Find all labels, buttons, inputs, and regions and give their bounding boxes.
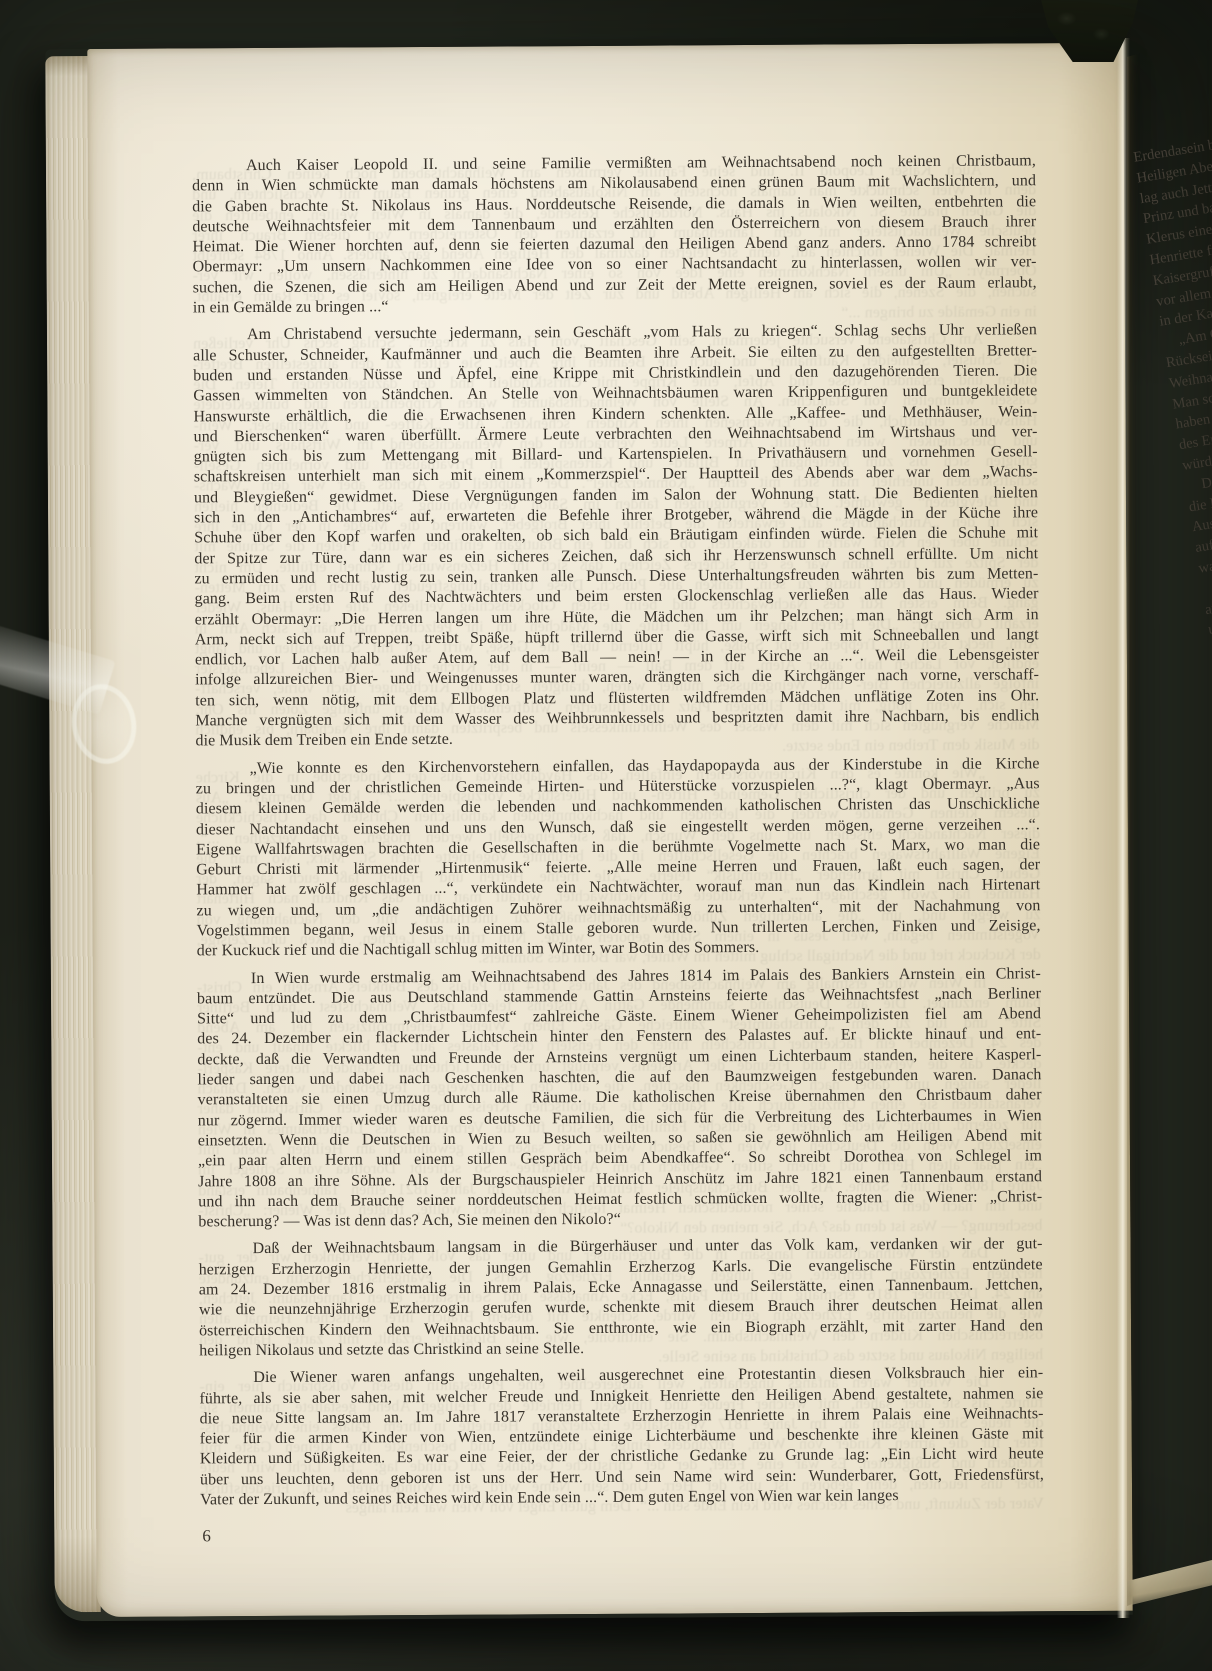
- paragraph: Auch Kaiser Leopold II. und seine Famili…: [192, 151, 1037, 319]
- book-gutter: [1117, 38, 1130, 1618]
- page-number: 6: [202, 1526, 211, 1546]
- text-line: heiligen Nikolaus und setzte das Christk…: [199, 1336, 1043, 1361]
- adjacent-page-text: Erdendasein beschieden.Heiligen Abend ei…: [1132, 104, 1212, 1503]
- text-line: bescherung? — Was ist denn das? Ach, Sie…: [198, 1207, 1042, 1232]
- paragraph: In Wien wurde erstmalig am Weihnachtsabe…: [197, 964, 1043, 1233]
- text-line: die Musik dem Treiben ein Ende setzte.: [195, 727, 1039, 752]
- adjacent-page: Erdendasein beschieden.Heiligen Abend ei…: [1127, 30, 1212, 1614]
- left-page: Auch Kaiser Leopold II. und seine Famili…: [45, 43, 1133, 1622]
- paragraph: Die Wiener waren anfangs ungehalten, wei…: [199, 1363, 1044, 1510]
- text-line: in ein Gemälde zu bringen ...“: [193, 293, 1037, 318]
- paragraph: Am Christabend versuchte jedermann, sein…: [193, 321, 1040, 752]
- paragraph: „Wie konnte es den Kirchenvorstehern ein…: [196, 754, 1041, 962]
- book-scan: Auch Kaiser Leopold II. und seine Famili…: [0, 0, 1212, 1671]
- text-line: der Kuckuck rief und die Nachtigall schl…: [197, 937, 1041, 962]
- page-surface: Auch Kaiser Leopold II. und seine Famili…: [87, 43, 1133, 1617]
- paragraph: Daß der Weihnachtsbaum langsam in die Bü…: [198, 1235, 1043, 1362]
- text-line: Vater der Zukunft, und seines Reiches wi…: [200, 1485, 1044, 1510]
- text-block: Auch Kaiser Leopold II. und seine Famili…: [192, 151, 1044, 1510]
